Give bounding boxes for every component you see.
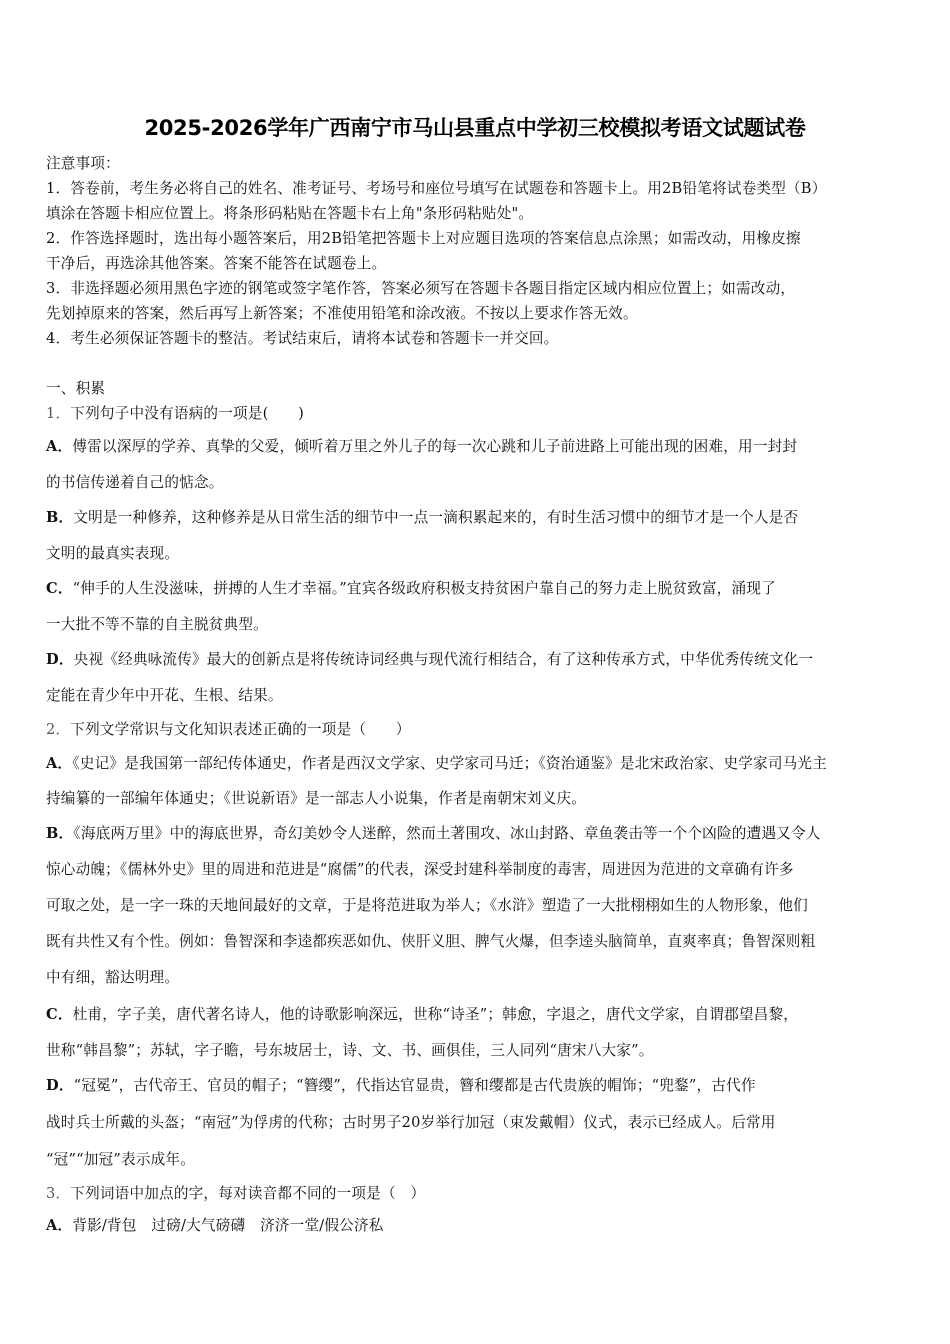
question-number: 3． (46, 1185, 70, 1202)
notice-line: 填涂在答题卡相应位置上。将条形码粘贴在答题卡右上角"条形码粘贴处"。 (46, 202, 533, 223)
option-line: A．《史记》是我国第一部纪传体通史，作者是西汉文学家、史学家司马迁；《资治通鉴》… (46, 752, 827, 773)
option-text: 央视《经典咏流传》最大的创新点是将传统诗词经典与现代流行相结合，有了这种传承方式… (74, 651, 814, 668)
option-text: “伸手的人生没滋味，拼搏的人生才幸福。”宜宾各级政府积极支持贫困户靠自己的努力走… (73, 580, 776, 597)
exam-page: 2025-2026学年广西南宁市马山县重点中学初三校模拟考语文试题试卷 注意事项… (0, 0, 950, 1344)
option-text: 杜甫，字子美，唐代著名诗人，他的诗歌影响深远，世称“诗圣”；韩愈，字退之，唐代文… (73, 1006, 798, 1023)
option-text: 文明是一种修养，这种修养是从日常生活的细节中一点一滴积累起来的，有时生活习惯中的… (73, 509, 798, 526)
notice-line: 3．非选择题必须用黑色字迹的钢笔或签字笔作答，答案必须写在答题卡各题目指定区域内… (46, 277, 795, 298)
notice-line: 4．考生必须保证答题卡的整洁。考试结束后，请将本试卷和答题卡一并交回。 (46, 327, 558, 348)
option-text: 背影/背包 过磅/大气磅礴 济济一堂/假公济私 (72, 1217, 383, 1234)
option-text: 傅雷以深厚的学养、真挚的父爱，倾听着万里之外儿子的每一次心跳和儿子前进路上可能出… (72, 438, 797, 455)
option-text: 《史记》是我国第一部纪传体通史，作者是西汉文学家、史学家司马迁；《资治通鉴》是北… (72, 755, 827, 772)
option-label: A． (46, 1217, 72, 1234)
option-label: C． (46, 580, 73, 597)
option-line: B．《海底两万里》中的海底世界，奇幻美妙令人迷醉，然而土著围攻、冰山封路、章鱼袭… (46, 822, 821, 843)
notice-line: 干净后，再选涂其他答案。答案不能答在试题卷上。 (46, 252, 386, 273)
question-stem: 1．下列句子中没有语病的一项是( ) (46, 402, 304, 423)
notice-line: 1．答卷前，考生务必将自己的姓名、准考证号、考场号和座位号填写在试题卷和答题卡上… (46, 177, 827, 198)
option-line: 惊心动魄；《儒林外史》里的周进和范进是“腐儒”的代表，深受封建科举制度的毒害，周… (46, 858, 794, 879)
option-line: 一大批不等不靠的自主脱贫典型。 (46, 613, 268, 634)
question-stem: 3．下列词语中加点的字，每对读音都不同的一项是（ ） (46, 1182, 425, 1203)
option-line: 中有细，豁达明理。 (46, 966, 179, 987)
option-line: 文明的最真实表现。 (46, 542, 179, 563)
option-line: 的书信传递着自己的惦念。 (46, 471, 224, 492)
option-line: 世称“韩昌黎”；苏轼，字子瞻，号东坡居士，诗、文、书、画俱佳，三人同列“唐宋八大… (46, 1039, 654, 1060)
option-line: C．“伸手的人生没滋味，拼搏的人生才幸福。”宜宾各级政府积极支持贫困户靠自己的努… (46, 577, 776, 598)
question-number: 2． (46, 721, 70, 738)
option-line: D．央视《经典咏流传》最大的创新点是将传统诗词经典与现代流行相结合，有了这种传承… (46, 648, 813, 669)
option-label: B． (46, 509, 73, 526)
notice-line: 2．作答选择题时，选出每小题答案后，用2B铅笔把答题卡上对应题目选项的答案信息点… (46, 227, 801, 248)
notice-line: 先划掉原来的答案，然后再写上新答案；不准使用铅笔和涂改液。不按以上要求作答无效。 (46, 302, 638, 323)
notice-heading: 注意事项： (46, 152, 120, 173)
option-line: 持编纂的一部编年体通史；《世说新语》是一部志人小说集，作者是南朝宋刘义庆。 (46, 787, 586, 808)
question-text: 下列文学常识与文化知识表述正确的一项是（ ） (70, 721, 410, 738)
option-label: A． (46, 755, 72, 772)
option-label: A． (46, 438, 72, 455)
option-line: 可取之处，是一字一珠的天地间最好的文章，于是将范进取为举人；《水浒》塑造了一大批… (46, 894, 808, 915)
option-line: A．傅雷以深厚的学养、真挚的父爱，倾听着万里之外儿子的每一次心跳和儿子前进路上可… (46, 435, 797, 456)
question-stem: 2．下列文学常识与文化知识表述正确的一项是（ ） (46, 718, 411, 739)
question-number: 1． (46, 405, 70, 422)
option-label: B． (46, 825, 73, 842)
option-line: “冠”“加冠”表示成年。 (46, 1148, 195, 1169)
section-heading: 一、积累 (46, 377, 105, 398)
option-line: A．背影/背包 过磅/大气磅礴 济济一堂/假公济私 (46, 1214, 384, 1235)
option-text: 《海底两万里》中的海底世界，奇幻美妙令人迷醉，然而土著围攻、冰山封路、章鱼袭击等… (73, 825, 820, 842)
question-text: 下列词语中加点的字，每对读音都不同的一项是（ ） (70, 1185, 425, 1202)
option-line: 定能在青少年中开花、生根、结果。 (46, 684, 283, 705)
option-line: 既有共性又有个性。例如：鲁智深和李逵都疾恶如仇、侠肝义胆、脾气火爆，但李逵头脑简… (46, 930, 815, 951)
option-label: D． (46, 651, 74, 668)
option-line: C．杜甫，字子美，唐代著名诗人，他的诗歌影响深远，世称“诗圣”；韩愈，字退之，唐… (46, 1003, 798, 1024)
option-line: B．文明是一种修养，这种修养是从日常生活的细节中一点一滴积累起来的，有时生活习惯… (46, 506, 798, 527)
option-label: C． (46, 1006, 73, 1023)
question-text: 下列句子中没有语病的一项是( ) (70, 405, 304, 422)
option-text: “冠冕”，古代帝王、官员的帽子；“簪缨”，代指达官显贵，簪和缨都是古代贵族的帽饰… (74, 1077, 756, 1094)
option-line: D．“冠冕”，古代帝王、官员的帽子；“簪缨”，代指达官显贵，簪和缨都是古代贵族的… (46, 1074, 756, 1095)
option-line: 战时兵士所戴的头盔；“南冠”为俘虏的代称；古时男子20岁举行加冠（束发戴帽）仪式… (46, 1111, 776, 1132)
page-title: 2025-2026学年广西南宁市马山县重点中学初三校模拟考语文试题试卷 (0, 112, 950, 142)
option-label: D． (46, 1077, 74, 1094)
